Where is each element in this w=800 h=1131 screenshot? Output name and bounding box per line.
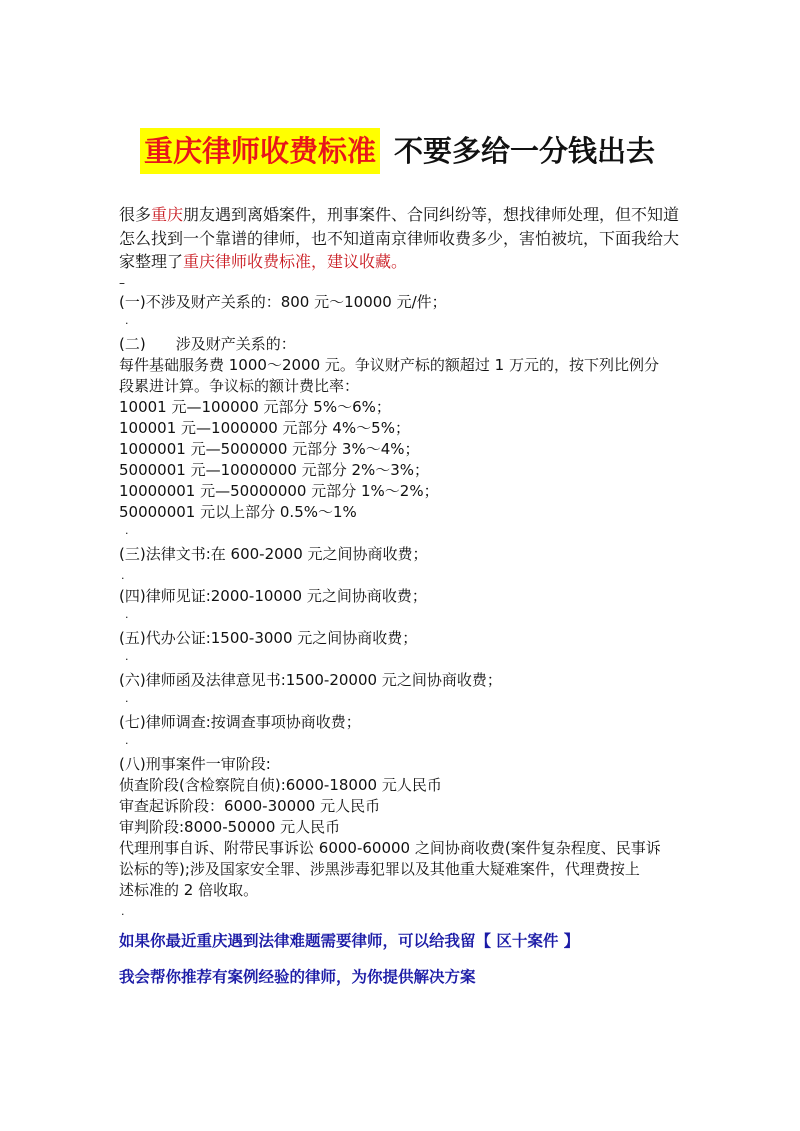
section-2-text: 每件基础服务费 1000～2000 元。争议财产标的额超过 1 万元的，按下列比… (119, 355, 699, 376)
intro-text: 朋友遇到离婚案件，刑事案件、合同纠纷等，想找律师处理，但不知道 (183, 205, 679, 224)
criminal-stage: 侦查阶段(含检察院自侦):6000-18000 元人民币 (119, 775, 699, 796)
section-5: (五)代办公证:1500-3000 元之间协商收费； (119, 628, 699, 649)
title-rest: 不要多给一分钱出去 (394, 132, 655, 170)
rate-row: 10001 元—100000 元部分 5%～6%； (119, 397, 699, 418)
criminal-stage: 审查起诉阶段：6000-30000 元人民币 (119, 796, 699, 817)
rate-row: 10000001 元—50000000 元部分 1%～2%； (119, 481, 699, 502)
bullet-dot: . (119, 901, 699, 922)
cta-line-1: 如果你最近重庆遇到法律难题需要律师，可以给我留【 区十案件 】 (119, 930, 699, 952)
rate-row: 5000001 元—10000000 元部分 2%～3%； (119, 460, 699, 481)
criminal-note: 代理刑事自诉、附带民事诉讼 6000-60000 之间协商收费(案件复杂程度、民… (119, 838, 699, 859)
rate-row: 50000001 元以上部分 0.5%～1% (119, 502, 699, 523)
bullet-dot: · (119, 649, 699, 670)
intro-line: 家整理了重庆律师收费标准，建议收藏。 (119, 250, 699, 274)
section-7: (七)律师调查:按调查事项协商收费； (119, 712, 699, 733)
section-1: (一)不涉及财产关系的：800 元～10000 元/件； (119, 292, 699, 313)
bullet-dot: · (119, 691, 699, 712)
intro-paragraph: 很多重庆朋友遇到离婚案件，刑事案件、合同纠纷等，想找律师处理，但不知道 怎么找到… (119, 203, 699, 292)
rate-row: 100001 元—1000000 元部分 4%～5%； (119, 418, 699, 439)
bullet-dot: . (119, 565, 699, 586)
bullet-dot: · (119, 523, 699, 544)
section-3: (三)法律文书:在 600-2000 元之间协商收费； (119, 544, 699, 565)
dash-divider: – (119, 274, 699, 292)
rate-row: 1000001 元—5000000 元部分 3%～4%； (119, 439, 699, 460)
bullet-dot: · (119, 313, 699, 334)
section-8-heading: (八)刑事案件一审阶段: (119, 754, 699, 775)
cta-line-2: 我会帮你推荐有案例经验的律师，为你提供解决方案 (119, 966, 699, 988)
criminal-note: 讼标的等);涉及国家安全罪、涉黑涉毒犯罪以及其他重大疑难案件，代理费按上 (119, 859, 699, 880)
document-body: 很多重庆朋友遇到离婚案件，刑事案件、合同纠纷等，想找律师处理，但不知道 怎么找到… (119, 203, 699, 988)
section-4: (四)律师见证:2000-10000 元之间协商收费； (119, 586, 699, 607)
bullet-dot: · (119, 733, 699, 754)
intro-line: 很多重庆朋友遇到离婚案件，刑事案件、合同纠纷等，想找律师处理，但不知道 (119, 203, 699, 227)
section-2-text: 段累进计算。争议标的额计费比率： (119, 376, 699, 397)
page-title: 重庆律师收费标准 不要多给一分钱出去 (140, 128, 655, 174)
intro-text: 家整理了 (119, 252, 183, 271)
criminal-stage: 审判阶段:8000-50000 元人民币 (119, 817, 699, 838)
criminal-note: 述标准的 2 倍收取。 (119, 880, 699, 901)
intro-line: 怎么找到一个靠谱的律师，也不知道南京律师收费多少，害怕被坑，下面我给大 (119, 227, 699, 251)
city-highlight: 重庆 (151, 205, 183, 224)
section-2-heading: (二) 涉及财产关系的： (119, 334, 699, 355)
intro-text: 很多 (119, 205, 151, 224)
section-6: (六)律师函及法律意见书:1500-20000 元之间协商收费； (119, 670, 699, 691)
bullet-dot: · (119, 607, 699, 628)
title-highlight: 重庆律师收费标准 (140, 128, 380, 174)
recommend-highlight: 重庆律师收费标准，建议收藏。 (183, 252, 407, 271)
